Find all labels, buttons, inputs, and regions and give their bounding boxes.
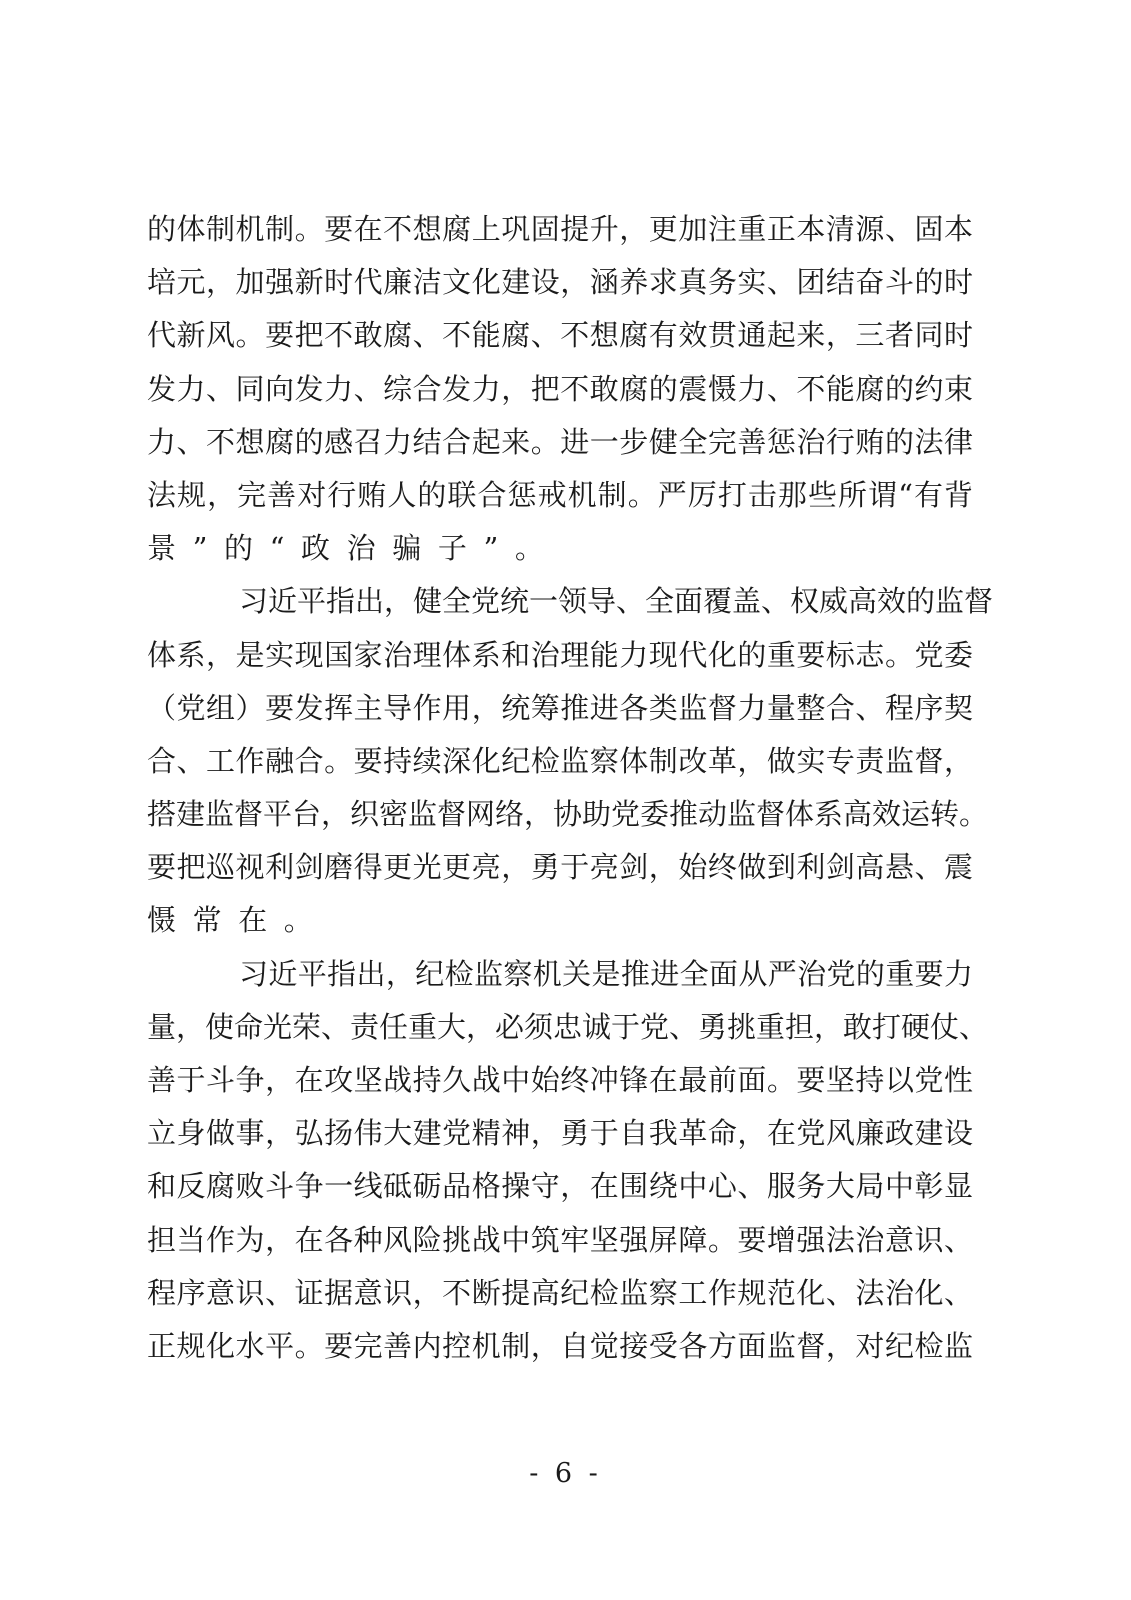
text-line: 和反腐败斗争一线砥砺品格操守，在围绕中心、服务大局中彰显 — [147, 1160, 973, 1213]
text-line: 培元，加强新时代廉洁文化建设，涵养求真务实、团结奋斗的时 — [147, 256, 973, 309]
text-line: 要把巡视利剑磨得更光更亮，勇于亮剑，始终做到利剑高悬、震 — [147, 841, 973, 894]
text-line: 代新风。要把不敢腐、不能腐、不想腐有效贯通起来，三者同时 — [147, 309, 973, 362]
text-line: 体系，是实现国家治理体系和治理能力现代化的重要标志。党委 — [147, 629, 973, 682]
text-line: 力、不想腐的感召力结合起来。进一步健全完善惩治行贿的法律 — [147, 416, 973, 469]
document-page: 的体制机制。要在不想腐上巩固提升，更加注重正本清源、固本 培元，加强新时代廉洁文… — [0, 0, 1131, 1600]
text-line-last: 景”的“政治骗子”。 — [147, 522, 973, 575]
text-line: 程序意识、证据意识，不断提高纪检监察工作规范化、法治化、 — [147, 1267, 973, 1320]
text-line: 的体制机制。要在不想腐上巩固提升，更加注重正本清源、固本 — [147, 203, 973, 256]
text-line: 善于斗争，在攻坚战持久战中始终冲锋在最前面。要坚持以党性 — [147, 1054, 973, 1107]
text-line: （党组）要发挥主导作用，统筹推进各类监督力量整合、程序契 — [147, 682, 973, 735]
page-number: - 6 - — [0, 1458, 1131, 1489]
document-body: 的体制机制。要在不想腐上巩固提升，更加注重正本清源、固本 培元，加强新时代廉洁文… — [147, 203, 973, 1373]
text-line: 合、工作融合。要持续深化纪检监察体制改革，做实专责监督， — [147, 735, 973, 788]
text-line: 担当作为，在各种风险挑战中筑牢坚强屏障。要增强法治意识、 — [147, 1214, 973, 1267]
text-line: 正规化水平。要完善内控机制，自觉接受各方面监督，对纪检监 — [147, 1320, 973, 1373]
text-line: 法规，完善对行贿人的联合惩戒机制。严厉打击那些所谓“有背 — [147, 469, 973, 522]
text-line: 量，使命光荣、责任重大，必须忠诚于党、勇挑重担，敢打硬仗、 — [147, 1001, 973, 1054]
text-line: 立身做事，弘扬伟大建党精神，勇于自我革命，在党风廉政建设 — [147, 1107, 973, 1160]
paragraph-first-line: 习近平指出，健全党统一领导、全面覆盖、权威高效的监督 — [147, 575, 973, 628]
text-line: 搭建监督平台，织密监督网络，协助党委推动监督体系高效运转。 — [147, 788, 973, 841]
text-line-last: 慑常在。 — [147, 894, 973, 947]
text-line: 发力、同向发力、综合发力，把不敢腐的震慑力、不能腐的约束 — [147, 363, 973, 416]
paragraph-first-line: 习近平指出，纪检监察机关是推进全面从严治党的重要力 — [147, 948, 973, 1001]
